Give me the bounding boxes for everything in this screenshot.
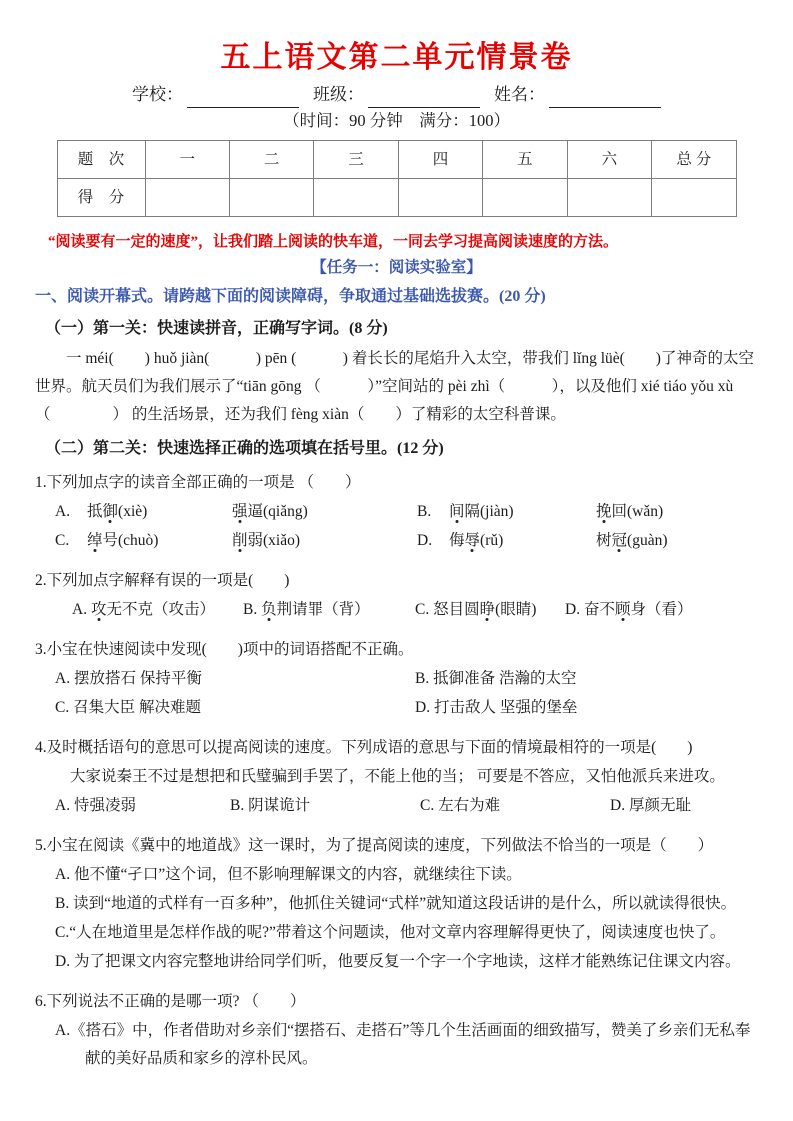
option-a: A. 摆放搭石 保持平衡 [55,665,415,693]
score-table-cell-col4: 四 [398,141,482,179]
option-a: A. 攻无不克（攻击） [72,596,243,624]
question-4: 4.及时概括语句的意思可以提高阅读的速度。下列成语的意思与下面的情境最相符的一项… [35,734,758,820]
exam-page: 五上语文第二单元情景卷 学校： 班级： 姓名： （时间：90 分钟 满分：100… [0,0,793,1121]
option-d: D. 厚颜无耻 [610,792,691,820]
score-cell-total[interactable] [652,179,736,217]
option-c: C. 左右为难 [420,792,610,820]
question-4-options-row: A. 恃强凌弱 B. 阴谋诡计 C. 左右为难 D. 厚颜无耻 [55,792,758,820]
option-d: D. 打击敌人 坚强的堡垒 [415,694,577,722]
class-blank[interactable] [368,88,480,108]
school-blank[interactable] [187,88,299,108]
score-table-cell-total: 总 分 [652,141,736,179]
option-label: A. [55,498,87,526]
question-5-option-c: C.“人在地道里是怎样作战的呢?”带着这个问题读，他对文章内容理解得更快了，阅读… [55,919,758,947]
option-label: C. [55,527,87,555]
score-table-cell-col6: 六 [567,141,651,179]
score-table-score-row: 得 分 [57,179,736,217]
score-cell[interactable] [483,179,567,217]
score-table-cell-col2: 二 [229,141,313,179]
option-word: 挽回(wǎn) [596,498,663,526]
question-6-stem: 6.下列说法不正确的是哪一项? （ ） [35,988,758,1016]
question-3-stem: 3.小宝在快速阅读中发现( )项中的词语搭配不正确。 [35,636,758,664]
question-3-options-row-2: C. 召集大臣 解决难题 D. 打击敌人 坚强的堡垒 [55,694,758,722]
option-b: B. 负荆请罪（背） [243,596,415,624]
intro-quote-line: “阅读要有一定的速度”，让我们踏上阅读的快车道，一同去学习提高阅读速度的方法。 [48,230,758,254]
question-1-stem: 1.下列加点字的读音全部正确的一项是 （ ） [35,469,758,497]
question-6: 6.下列说法不正确的是哪一项? （ ） A.《搭石》中，作者借助对乡亲们“摆搭石… [35,988,758,1073]
score-table: 题 次 一 二 三 四 五 六 总 分 得 分 [57,140,737,217]
question-2-options-row: A. 攻无不克（攻击） B. 负荆请罪（背） C. 怒目圆睁(眼睛) D. 奋不… [72,596,758,624]
score-row-label: 得 分 [57,179,145,217]
score-table-cell-col3: 三 [314,141,398,179]
part1-heading: （一）第一关：快速读拼音，正确写字词。(8 分) [45,316,758,342]
option-word: 强逼(qiǎng) [232,498,417,526]
question-1: 1.下列加点字的读音全部正确的一项是 （ ） A. 抵御(xiè) 强逼(qiǎ… [35,469,758,555]
option-c: C. 召集大臣 解决难题 [55,694,415,722]
score-table-cell-col5: 五 [483,141,567,179]
question-3-options-row-1: A. 摆放搭石 保持平衡 B. 抵御准备 浩瀚的太空 [55,665,758,693]
task-one-heading: 【任务一：阅读实验室】 [35,256,758,280]
question-5-option-b: B. 读到“地道的式样有一百多种”，他抓住关键词“式样”就知道这段话讲的是什么，… [55,890,758,918]
question-4-context: 大家说秦王不过是想把和氏璧骗到手罢了，不能上他的当； 可要是不答应，又怕他派兵来… [70,763,758,791]
score-table-cell-label: 题 次 [57,141,145,179]
option-word: 侮辱(rǔ) [449,527,596,555]
score-cell[interactable] [229,179,313,217]
question-6-option-a: A.《搭石》中，作者借助对乡亲们“摆搭石、走搭石”等几个生活画面的细致描写，赞美… [55,1017,758,1073]
option-word: 绰号(chuò) [87,527,232,555]
question-5-stem: 5.小宝在阅读《冀中的地道战》这一课时，为了提高阅读的速度，下列做法不恰当的一项… [35,832,758,860]
question-5-option-d: D. 为了把课文内容完整地讲给同学们听，他要反复一个字一个字地读，这样才能熟练记… [55,948,758,976]
part2-heading: （二）第二关：快速选择正确的选项填在括号里。(12 分) [45,436,758,462]
option-b: B. 抵御准备 浩瀚的太空 [415,665,576,693]
school-label: 学校： [132,82,183,108]
question-5-option-a: A. 他不懂“孑口”这个词，但不影响理解课文的内容，就继续往下读。 [55,861,758,889]
option-c: C. 怒目圆睁(眼睛) [415,596,565,624]
exam-time-score-line: （时间：90 分钟 满分：100） [35,109,758,132]
option-word: 削弱(xiǎo) [232,527,417,555]
option-a: A. 恃强凌弱 [55,792,230,820]
pinyin-fill-paragraph: 一 méi( ) huǒ jiàn( ) pēn ( ) 着长长的尾焰升入太空，… [35,345,758,429]
option-d: D. 奋不顾身（看） [565,596,692,624]
option-label: D. [417,527,449,555]
score-table-cell-col1: 一 [145,141,229,179]
question-2-stem: 2.下列加点字解释有误的一项是( ) [35,567,758,595]
question-3: 3.小宝在快速阅读中发现( )项中的词语搭配不正确。 A. 摆放搭石 保持平衡 … [35,636,758,722]
question-5: 5.小宝在阅读《冀中的地道战》这一课时，为了提高阅读的速度，下列做法不恰当的一项… [35,832,758,976]
option-word: 间隔(jiàn) [449,498,596,526]
question-1-options-row-1: A. 抵御(xiè) 强逼(qiǎng) B. 间隔(jiàn) 挽回(wǎn) [55,498,758,526]
option-word: 树冠(guàn) [596,527,667,555]
option-label: B. [417,498,449,526]
score-cell[interactable] [398,179,482,217]
student-info-line: 学校： 班级： 姓名： [35,82,758,108]
option-word: 抵御(xiè) [87,498,232,526]
score-cell[interactable] [567,179,651,217]
question-2: 2.下列加点字解释有误的一项是( ) A. 攻无不克（攻击） B. 负荆请罪（背… [35,567,758,624]
score-cell[interactable] [314,179,398,217]
score-cell[interactable] [145,179,229,217]
section-one-heading: 一、阅读开幕式。请跨越下面的阅读障碍，争取通过基础选拔赛。(20 分) [35,284,758,309]
name-blank[interactable] [549,88,661,108]
question-4-stem: 4.及时概括语句的意思可以提高阅读的速度。下列成语的意思与下面的情境最相符的一项… [35,734,758,762]
name-label: 姓名： [494,82,545,108]
option-b: B. 阴谋诡计 [230,792,420,820]
page-title: 五上语文第二单元情景卷 [35,38,758,78]
score-table-header-row: 题 次 一 二 三 四 五 六 总 分 [57,141,736,179]
class-label: 班级： [313,82,364,108]
question-1-options-row-2: C. 绰号(chuò) 削弱(xiǎo) D. 侮辱(rǔ) 树冠(guàn) [55,527,758,555]
